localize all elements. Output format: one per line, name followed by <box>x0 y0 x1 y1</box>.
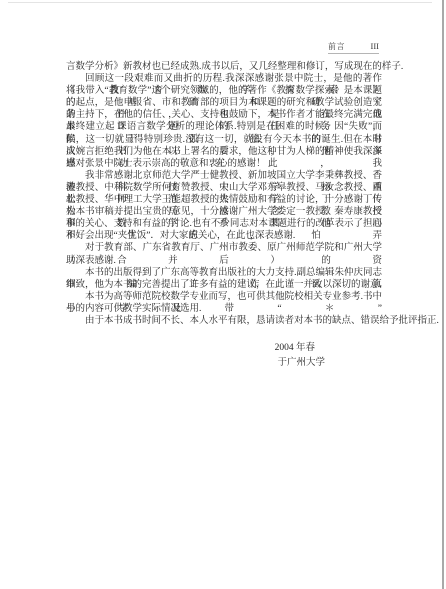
text-line: 候，这一切就显得特别珍贵.没有这一切，就没有今天本书的诞生.但在本书成书以后，他… <box>66 134 382 146</box>
page-number: III <box>371 42 380 51</box>
text-line: 最终建立起 D 语言数学分析的理论体系.特别是在困难的时候、因“失败”而陷于孤独… <box>66 121 382 133</box>
scan-right-edge-artifact <box>442 0 444 589</box>
text-line: 对于教育部、广东省教育厅、广州市教委、原广州师范学院和广州大学（合并后）的资 <box>66 242 382 254</box>
header-title: 前言 <box>328 42 345 51</box>
text-line: 将我带入“教育数学”这个研究领域的，他的著作《教育数学探索》是本课题的基础和研究 <box>66 85 382 97</box>
text-line: 我非常感谢北京师范大学严士健教授、新加坡国立大学李秉彝教授、香港科技大学杨重 <box>66 170 382 182</box>
text-line: 事的关心、支持和有益的讨论.也有不少同志对本课题进行的改革表示了担心和忧虑，怕弄 <box>66 218 382 230</box>
scanned-book-page: 前言 III 言数学分析》新教材也已经成熟.成书以后，又几经整理和修订，写成现在… <box>0 0 446 589</box>
text-line: 细致，他为本书的完善提出了许多有益的建议，在此谨一并致以深切的谢意. <box>66 279 382 291</box>
text-line: 由于本书成书时间不长、本人水平有限，恳请读者对本书的缺点、错误给予批评指正. <box>66 315 382 327</box>
text-line: 次婉言拒绝我们为他在本书上署名的要求，他这种甘为人梯的精神使我深深感动.在此，我 <box>66 146 382 158</box>
text-line: 本书的出版得到了广东高等教育出版社的大力支持.副总编辑朱仲庆同志审编工作认真 <box>66 267 382 279</box>
text-line: 松教授、华中理工大学王能超教授的热情鼓励和有益的讨论，十分感谢丁传松、马汝念教授 <box>66 194 382 206</box>
text-line: 的主持下，在他的信任、关心、支持和鼓励下，本书作者才能最终完满完成本课题的任务， <box>66 109 382 121</box>
text-line: 的起点，是他申报省、市和教育部的项目为本课题的研究和教学试验创造了条件，也是在他 <box>66 97 382 109</box>
text-line: 言数学分析》新教材也已经成熟.成书以后，又几经整理和修订，写成现在的样子. <box>66 61 382 73</box>
text-line: 骏教授、中科院数学所何育赞教授、中山大学邓东皋教授、马汝念教授、西北师范大学丁传 <box>66 182 382 194</box>
signature-block: 2004 年春 于广州大学 <box>275 341 325 371</box>
scan-top-edge-artifact <box>8 2 432 3</box>
signature-place: 于广州大学 <box>275 356 325 371</box>
body-text: 言数学分析》新教材也已经成熟.成书以后，又几经整理和修订，写成现在的样子.回顾这… <box>66 61 382 327</box>
text-line: 本书为高等师范院校数学专业而写，也可供其他院校相关专业参考.书中小字及带“＊” <box>66 291 382 303</box>
signature-date: 2004 年春 <box>275 341 325 356</box>
running-header: 前言 III <box>328 42 379 54</box>
text-line: 为本书审稿并提出宝贵的意见，十分感谢广州大学娄定一教授、秦寿康教授和数学系其他同 <box>66 206 382 218</box>
text-line: 回顾这一段艰难而又曲折的历程.我深深感谢张景中院士，是他的著作《教育数学探索》 <box>66 73 382 85</box>
